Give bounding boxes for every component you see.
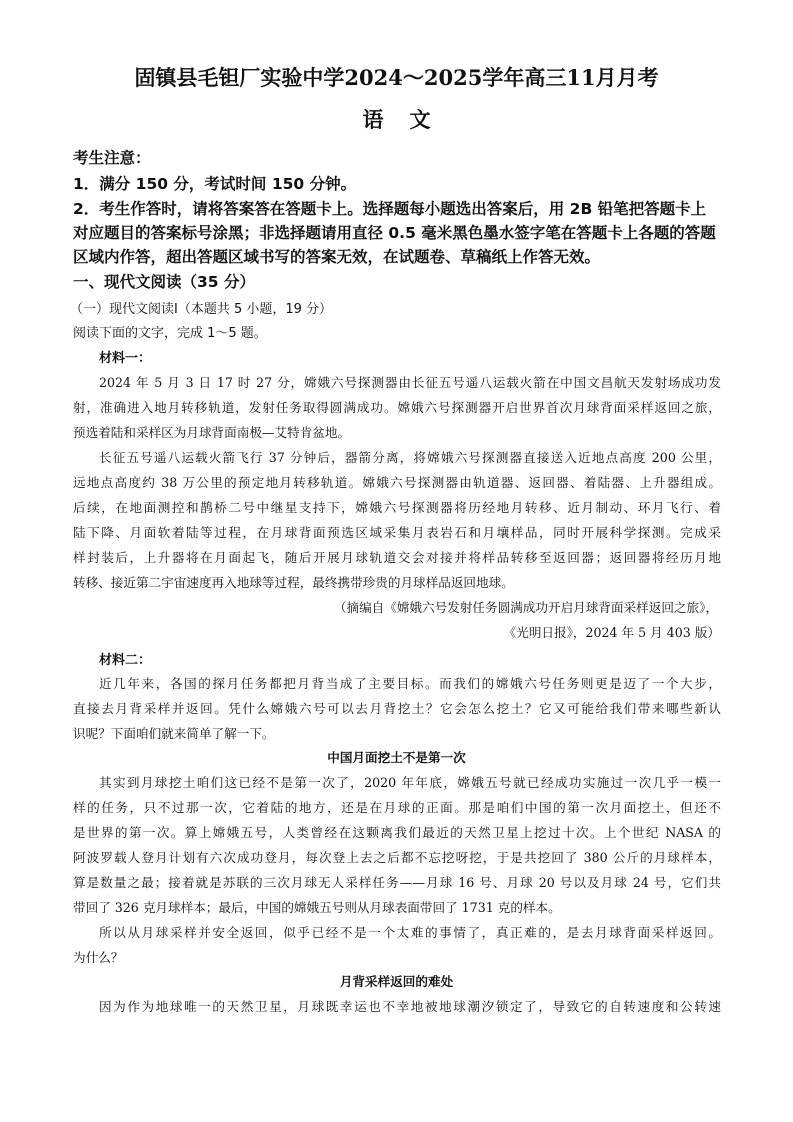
exam-page: 固镇县毛钽厂实验中学2024～2025学年高三11月月考 语文 考生注意： 1．…	[0, 0, 793, 1122]
material-2-intro-line: 识呢？下面咱们就来简单了解一下。	[73, 723, 721, 742]
material-2-paragraph-1-line: 样的任务，只不过那一次，它着陆的地方，还是在月球的正面。那是咱们中国的第一次月面…	[73, 797, 721, 816]
material-2-label: 材料二：	[99, 649, 151, 668]
material-2-paragraph-1-line: 算是数量之最；接着就是苏联的三次月球无人采样任务——月球 16 号、月球 20 …	[73, 872, 721, 891]
material-2-paragraph-2-line: 所以从月球采样并安全返回，似乎已经不是一个太难的事情了，真正难的，是去月球背面采…	[99, 922, 721, 941]
notice-item-2-cont: 区域内作答，超出答题区域书写的答案无效，在试题卷、草稿纸上作答无效。	[73, 245, 723, 267]
material-2-intro-line: 近几年来，各国的探月任务都把月背当成了主要目标。而我们的嫦娥六号任务则更是迈了一…	[99, 673, 721, 692]
subject-title: 语文	[0, 104, 793, 134]
section-instruction: 阅读下面的文字，完成 1～5 题。	[73, 322, 267, 341]
exam-title: 固镇县毛钽厂实验中学2024～2025学年高三11月月考	[0, 62, 793, 92]
material-1-paragraph-2-line: 样封装后，上升器将在月面起飞，随后开展月球轨道交会对接并将样品转移至返回器；返回…	[73, 547, 721, 566]
material-1-paragraph-1-line: 预选着陆和采样区为月球背面南极—艾特肯盆地。	[73, 422, 721, 441]
notice-item-2: 2．考生作答时，请将答案答在答题卡上。选择题每小题选出答案后，用 2B 铅笔把答…	[73, 197, 723, 219]
notice-item-1: 1．满分 150 分，考试时间 150 分钟。	[73, 172, 723, 194]
section-heading: 一、现代文阅读（35 分）	[73, 270, 255, 292]
material-2-paragraph-2-line: 为什么？	[73, 947, 721, 966]
material-2-subheading-2: 月背采样返回的难处	[0, 971, 793, 990]
material-1-citation-source: 《光明日报》，2024 年 5 月 403 版）	[280, 622, 720, 641]
material-1-citation: （摘编自《嫦娥六号发射任务圆满成功开启月球背面采样返回之旅》，	[280, 597, 718, 616]
material-1-paragraph-2-line: 陆下降、月面软着陆等过程，在月球背面预选区域采集月表岩石和月壤样品，同时开展科学…	[73, 522, 721, 541]
material-2-paragraph-3-line: 因为作为地球唯一的天然卫星，月球既幸运也不幸地被地球潮汐锁定了，导致它的自转速度…	[99, 996, 721, 1015]
material-1-paragraph-1-line: 2024 年 5 月 3 日 17 时 27 分，嫦娥六号探测器由长征五号遥八运…	[99, 372, 721, 391]
material-2-intro-line: 直接去月背采样并返回。凭什么嫦娥六号可以去月背挖土？它会怎么挖土？它又可能给我们…	[73, 698, 721, 717]
section-subheading: （一）现代文阅读Ⅰ（本题共 5 小题，19 分）	[70, 298, 332, 317]
material-1-paragraph-2-line: 远地点高度约 38 万公里的预定地月转移轨道。嫦娥六号探测器由轨道器、返回器、着…	[73, 472, 721, 491]
material-2-subheading-1: 中国月面挖土不是第一次	[0, 747, 793, 766]
material-1-paragraph-2-line: 长征五号遥八运载火箭飞行 37 分钟后，器箭分离，将嫦娥六号探测器直接送入近地点…	[99, 447, 721, 466]
material-1-label: 材料一：	[99, 347, 151, 366]
material-1-paragraph-2-line: 后续，在地面测控和鹊桥二号中继星支持下，嫦娥六号探测器将历经地月转移、近月制动、…	[73, 497, 721, 516]
material-1-paragraph-2-line: 转移、接近第二宇宙速度再入地球等过程，最终携带珍贵的月球样品返回地球。	[73, 572, 721, 591]
notice-heading: 考生注意：	[73, 146, 151, 168]
material-2-paragraph-1-line: 带回了 326 克月球样本；最后，中国的嫦娥五号则从月球表面带回了 1731 克…	[73, 897, 721, 916]
material-2-paragraph-1-line: 阿波罗载人登月计划有六次成功登月，每次登上去之后都不忘挖呀挖，于是共挖回了 38…	[73, 847, 721, 866]
material-1-paragraph-1-line: 射，准确进入地月转移轨道，发射任务取得圆满成功。嫦娥六号探测器开启世界首次月球背…	[73, 397, 721, 416]
material-2-paragraph-1-line: 其实到月球挖土咱们这已经不是第一次了，2020 年年底，嫦娥五号就已经成功实施过…	[99, 772, 721, 791]
material-2-paragraph-1-line: 是世界的第一次。算上嫦娥五号，人类曾经在这颗离我们最近的天然卫星上挖过十次。上个…	[73, 822, 721, 841]
notice-item-2-cont: 对应题目的答案标号涂黑；非选择题请用直径 0.5 毫米黑色墨水签字笔在答题卡上各…	[73, 221, 723, 243]
